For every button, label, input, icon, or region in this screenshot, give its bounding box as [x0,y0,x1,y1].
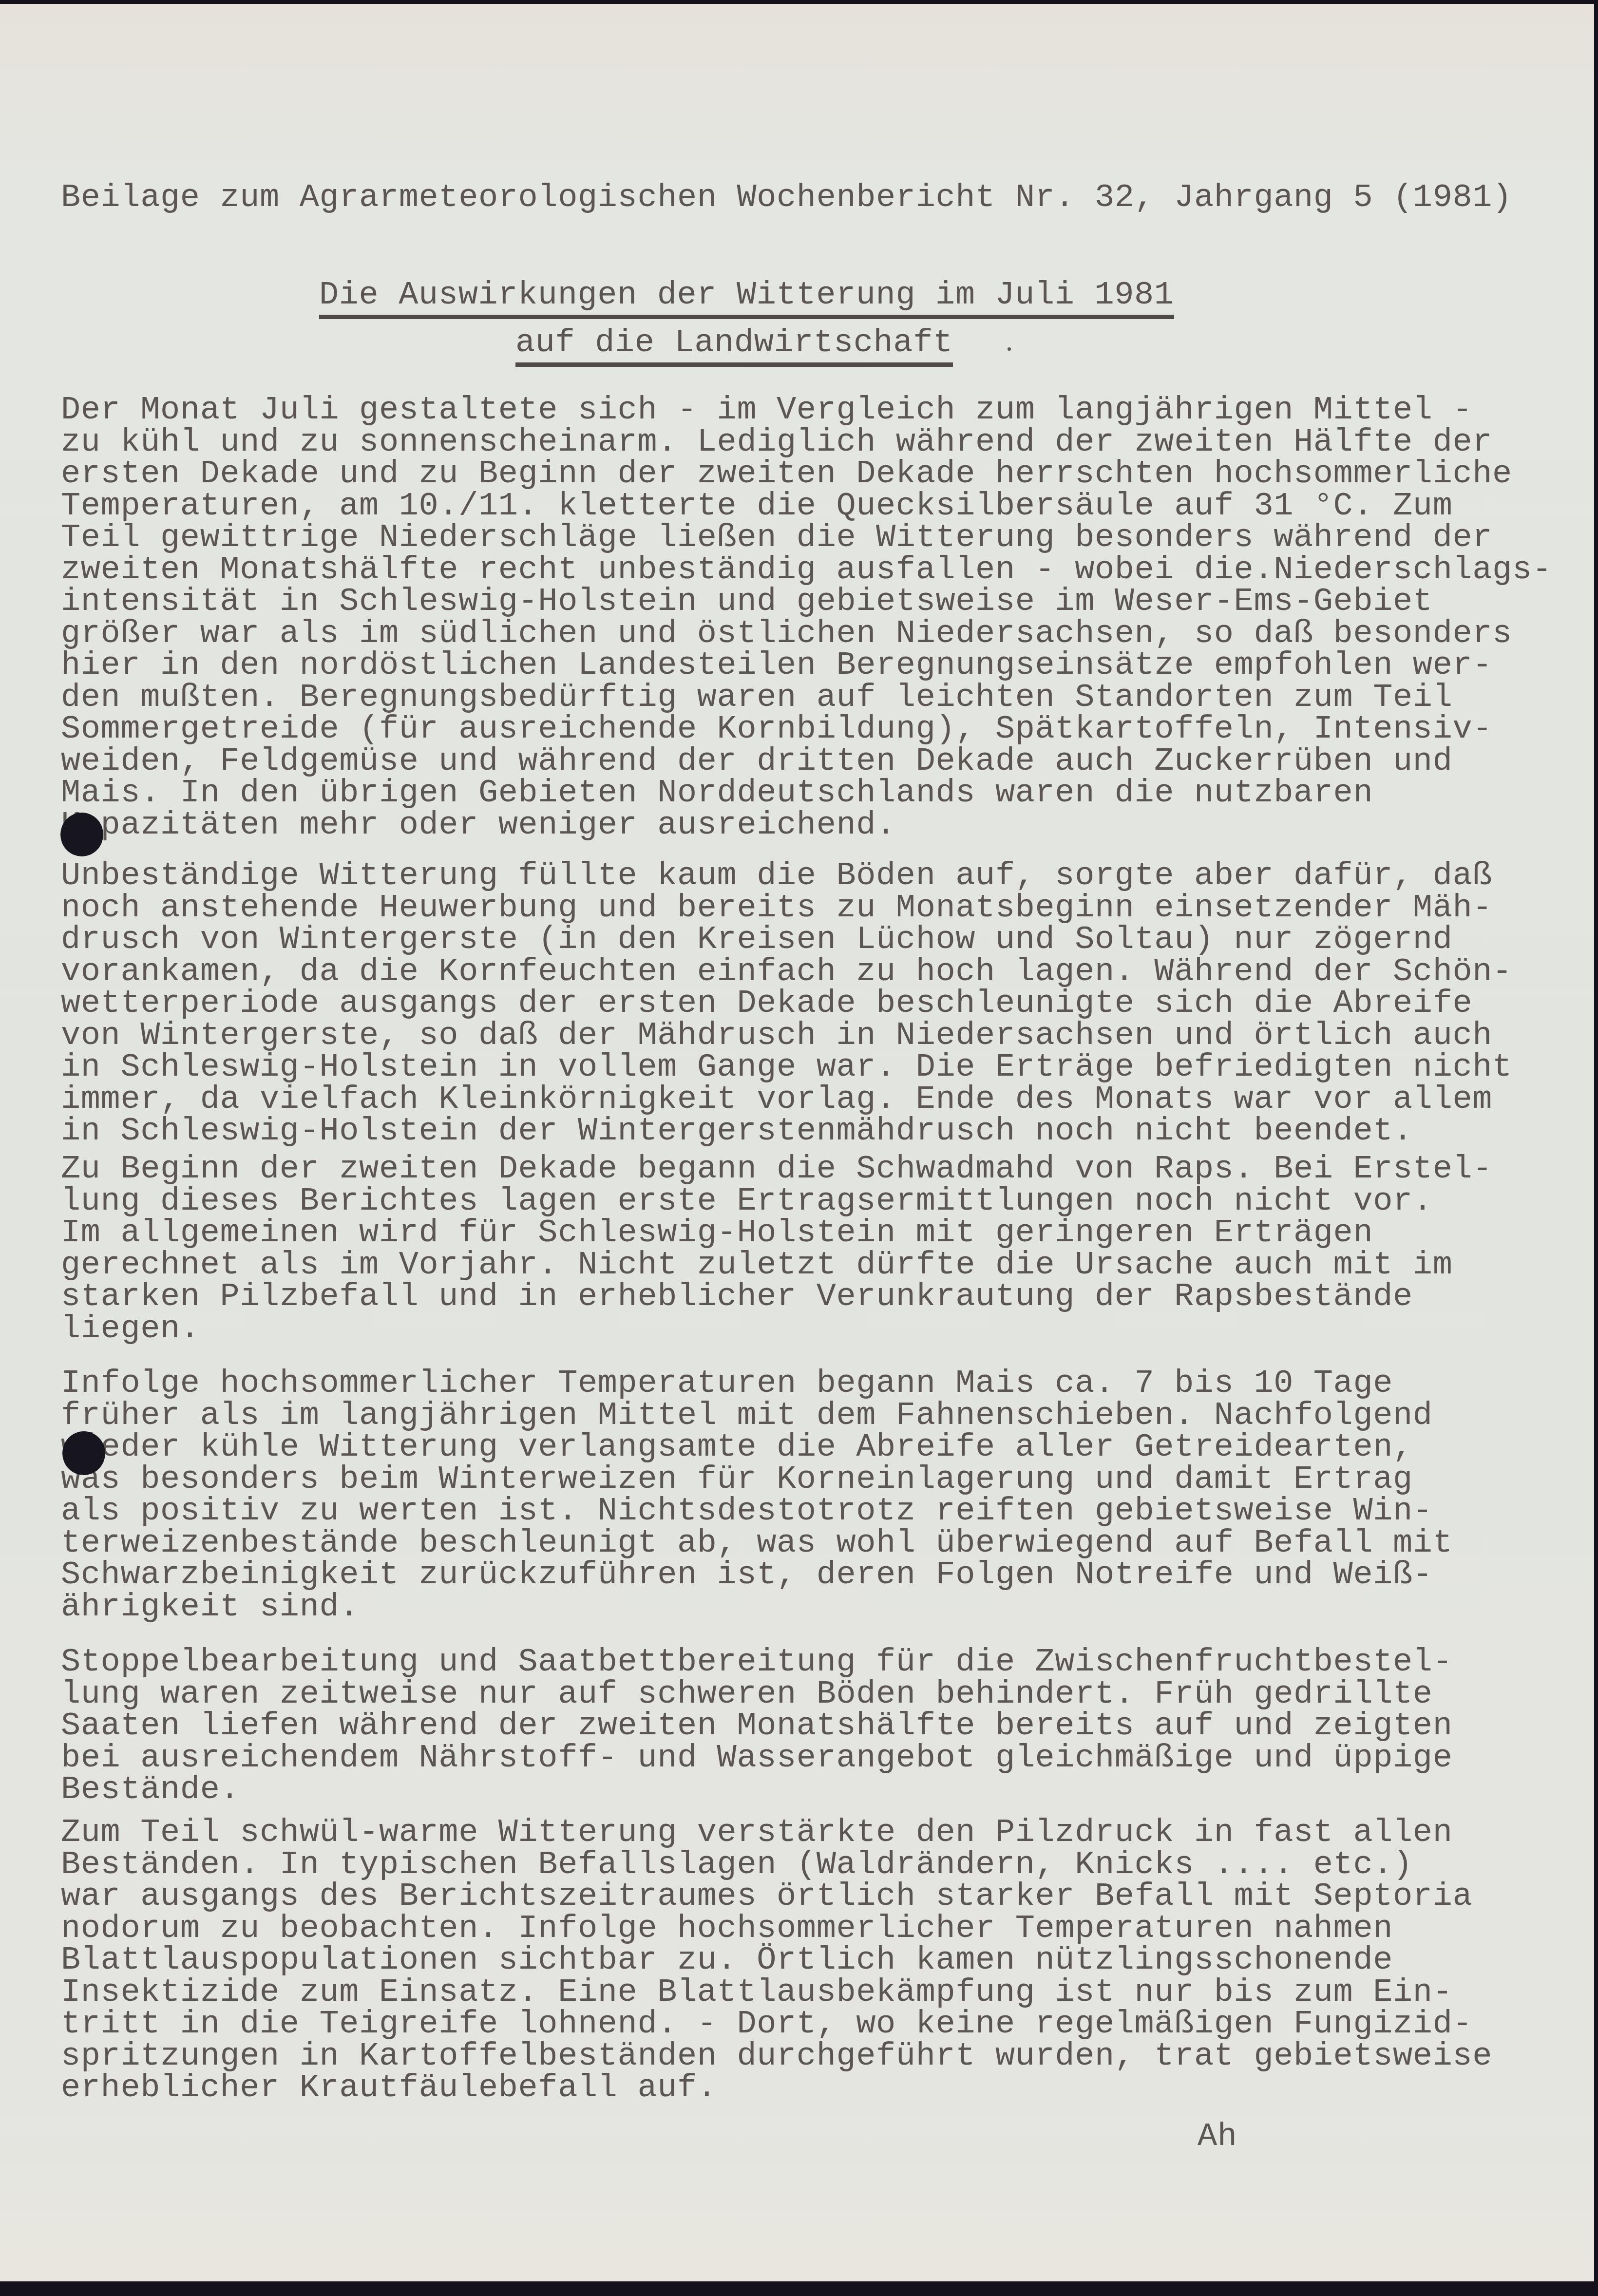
document-title-line-1: Die Auswirkungen der Witterung im Juli 1… [319,279,1174,319]
punch-hole-lower [62,1431,105,1475]
text-line: Sommergetreide (für ausreichende Kornbil… [61,714,1552,746]
paragraph-1: Der Monat Juli gestaltete sich - im Verg… [61,395,1552,841]
paragraph-2: Unbeständige Witterung füllte kaum die B… [61,860,1512,1148]
text-line: Temperaturen, am 10./11. kletterte die Q… [61,491,1552,523]
text-line: Saaten liefen während der zweiten Monats… [61,1710,1452,1743]
document-page: Beilage zum Agrarmeteorologischen Wochen… [0,4,1594,2281]
text-line: Der Monat Juli gestaltete sich - im Verg… [61,395,1552,427]
text-line: ährigkeit sind. [61,1592,1452,1624]
text-line: tritt in die Teigreife lohnend. - Dort, … [61,2009,1492,2041]
text-line: hier in den nordöstlichen Landesteilen B… [61,650,1552,682]
paragraph-4: Infolge hochsommerlicher Temperaturen be… [61,1368,1452,1623]
text-line: früher als im langjährigen Mittel mit de… [61,1400,1452,1432]
text-line: wetterperiode ausgangs der ersten Dekade… [61,988,1512,1020]
text-line: Insektizide zum Einsatz. Eine Blattlausb… [61,1977,1492,2009]
text-line: Stoppelbearbeitung und Saatbettbereitung… [61,1647,1452,1679]
stray-dot-mark [1008,347,1011,351]
text-line: intensität in Schleswig-Holstein und geb… [61,586,1552,618]
punch-hole-upper [60,813,103,856]
text-line: Kapazitäten mehr oder weniger ausreichen… [61,810,1552,842]
document-title-line-2: auf die Landwirtschaft [515,327,953,367]
text-line: bei ausreichendem Nährstoff- und Wassera… [61,1743,1452,1775]
text-line: erheblicher Krautfäulebefall auf. [61,2072,1492,2105]
text-line: drusch von Wintergerste (in den Kreisen … [61,924,1512,956]
text-line: weiden, Feldgemüse und während der dritt… [61,746,1552,778]
text-line: Zu Beginn der zweiten Dekade begann die … [61,1154,1492,1186]
text-line: zu kühl und zu sonnenscheinarm. Lediglic… [61,427,1552,459]
text-line: Beständen. In typischen Befallslagen (Wa… [61,1849,1492,1881]
text-line: in Schleswig-Holstein in vollem Gange wa… [61,1052,1512,1084]
text-line: Zum Teil schwül-warme Witterung verstärk… [61,1817,1492,1849]
text-line: von Wintergerste, so daß der Mähdrusch i… [61,1020,1512,1052]
text-line: immer, da vielfach Kleinkörnigkeit vorla… [61,1084,1512,1116]
text-line: noch anstehende Heuwerbung und bereits z… [61,892,1512,925]
paragraph-3: Zu Beginn der zweiten Dekade begann die … [61,1154,1492,1345]
text-line: in Schleswig-Holstein der Wintergerstenm… [61,1116,1512,1148]
text-line: wieder kühle Witterung verlangsamte die … [61,1432,1452,1464]
document-header: Beilage zum Agrarmeteorologischen Wochen… [61,182,1512,214]
paragraph-6: Zum Teil schwül-warme Witterung verstärk… [61,1817,1492,2105]
text-line: Im allgemeinen wird für Schleswig-Holste… [61,1217,1492,1250]
text-line: spritzungen in Kartoffelbeständen durchg… [61,2041,1492,2073]
text-line: Schwarzbeinigkeit zurückzuführen ist, de… [61,1559,1452,1592]
text-line: was besonders beim Winterweizen für Korn… [61,1464,1452,1496]
text-line: Mais. In den übrigen Gebieten Norddeutsc… [61,778,1552,810]
text-line: war ausgangs des Berichtszeitraumes örtl… [61,1881,1492,1913]
text-line: den mußten. Beregnungsbedürftig waren au… [61,682,1552,714]
text-line: Bestände. [61,1774,1452,1806]
author-initials: Ah [1198,2118,1237,2155]
text-line: nodorum zu beobachten. Infolge hochsomme… [61,1913,1492,1945]
text-line: Unbeständige Witterung füllte kaum die B… [61,860,1512,892]
text-line: Infolge hochsommerlicher Temperaturen be… [61,1368,1452,1400]
paragraph-5: Stoppelbearbeitung und Saatbettbereitung… [61,1647,1452,1806]
text-line: terweizenbestände beschleunigt ab, was w… [61,1528,1452,1560]
text-line: zweiten Monatshälfte recht unbeständig a… [61,554,1552,587]
text-line: Blattlauspopulationen sichtbar zu. Örtli… [61,1945,1492,1977]
text-line: größer war als im südlichen und östliche… [61,618,1552,650]
text-line: Teil gewittrige Niederschläge ließen die… [61,522,1552,554]
text-line: als positiv zu werten ist. Nichtsdestotr… [61,1496,1452,1528]
text-line: starken Pilzbefall und in erheblicher Ve… [61,1281,1492,1313]
text-line: lung dieses Berichtes lagen erste Ertrag… [61,1186,1492,1218]
text-line: vorankamen, da die Kornfeuchten einfach … [61,956,1512,988]
text-line: lung waren zeitweise nur auf schweren Bö… [61,1679,1452,1711]
text-line: ersten Dekade und zu Beginn der zweiten … [61,458,1552,491]
text-line: liegen. [61,1313,1492,1346]
text-line: gerechnet als im Vorjahr. Nicht zuletzt … [61,1250,1492,1282]
